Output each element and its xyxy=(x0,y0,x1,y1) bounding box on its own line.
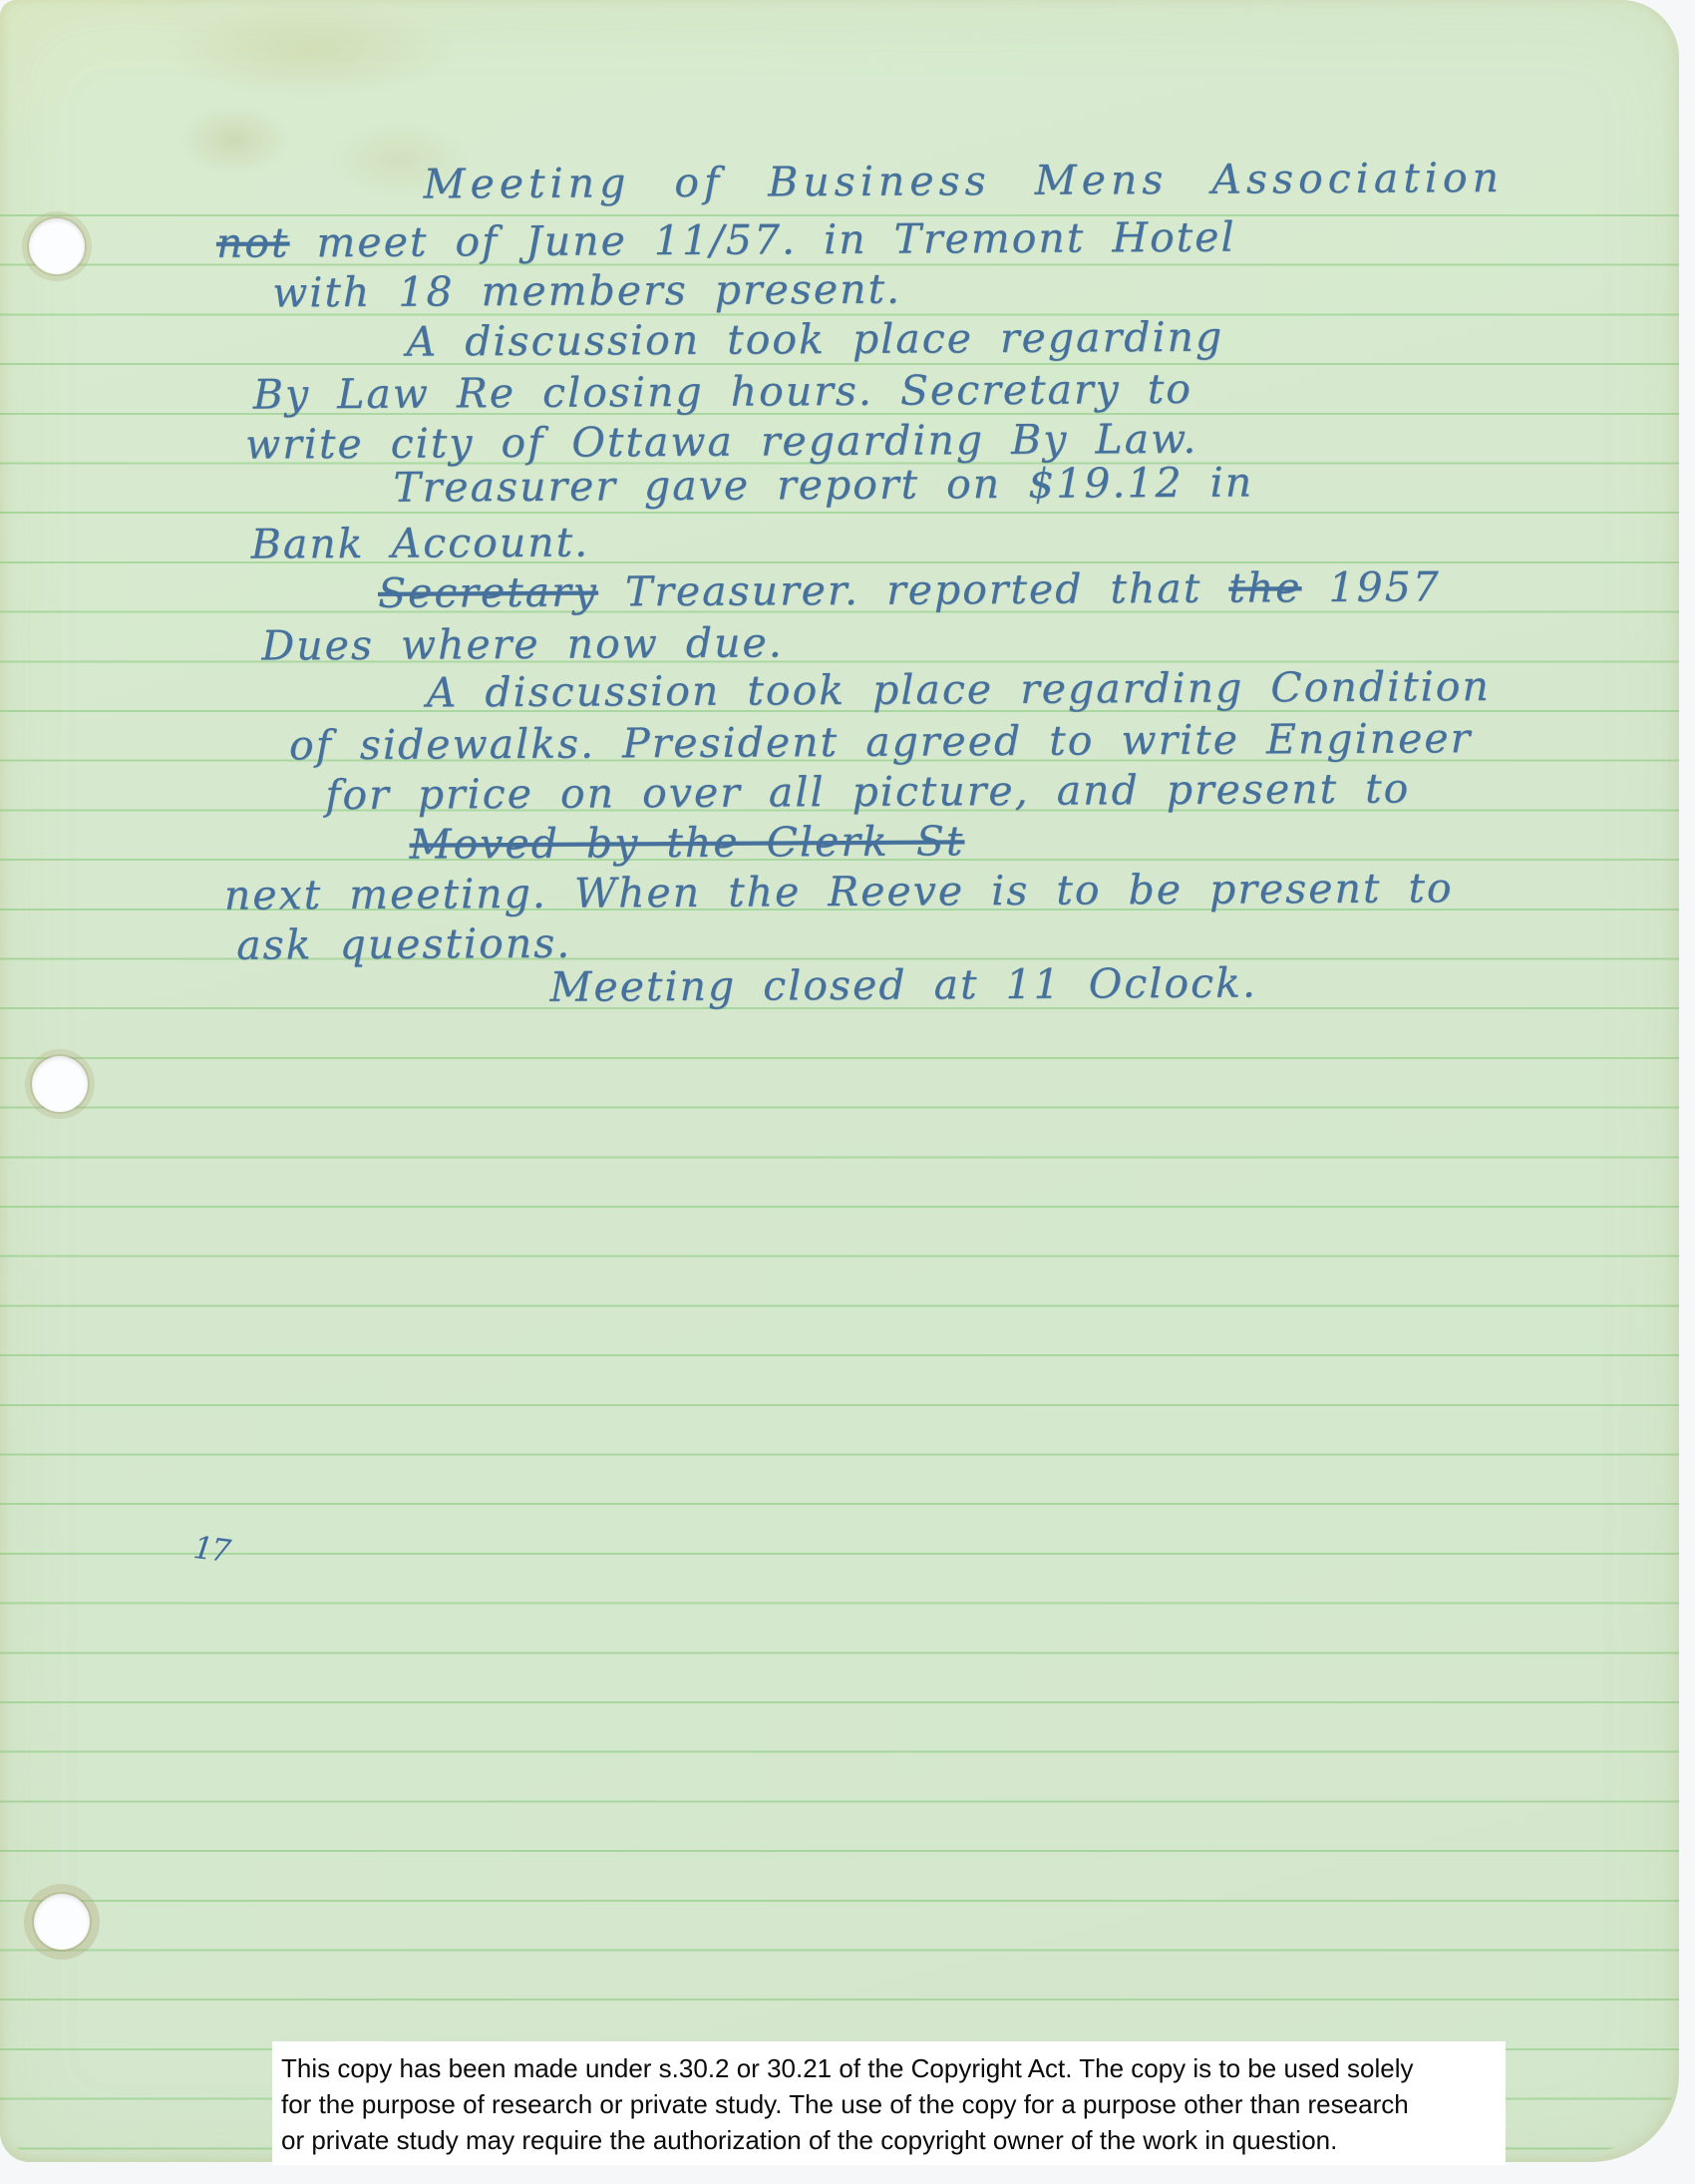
handwriting-line: A discussion took place regarding Condit… xyxy=(426,662,1490,717)
handwriting-text: of sidewalks. President agreed to write … xyxy=(289,714,1473,769)
handwriting-text: A discussion took place regarding xyxy=(406,313,1223,366)
handwriting-line: Meeting of Business Mens Association xyxy=(423,154,1504,208)
handwriting-text: Meeting closed at 11 Oclock. xyxy=(549,958,1257,1010)
struck-text: the xyxy=(1228,563,1301,611)
handwriting-line: Treasurer gave report on $19.12 in xyxy=(393,458,1253,511)
handwriting-line: Bank Account. xyxy=(251,519,590,568)
handwriting-line: for price on over all picture, and prese… xyxy=(325,764,1410,819)
handwriting-text: By Law Re closing hours. Secretary to xyxy=(253,365,1192,419)
handwriting-text: Treasurer gave report on $19.12 in xyxy=(393,458,1253,511)
handwriting-text: ask questions. xyxy=(236,919,571,969)
handwriting-line: with 18 members present. xyxy=(272,265,901,317)
handwriting-line: Meeting closed at 11 Oclock. xyxy=(549,958,1257,1010)
handwriting-text: Dues where now due. xyxy=(261,618,784,669)
handwriting-line: A discussion took place regarding xyxy=(406,313,1223,366)
handwriting-text: Meeting of Business Mens Association xyxy=(423,154,1504,208)
struck-text: not xyxy=(216,218,290,266)
page-number-mark: 17 xyxy=(191,1530,231,1570)
handwriting-text: 1957 xyxy=(1301,562,1441,611)
handwriting-line: Moved by the Clerk St xyxy=(409,817,964,868)
handwriting-text: for price on over all picture, and prese… xyxy=(325,764,1410,819)
handwriting-line: Dues where now due. xyxy=(261,618,784,669)
handwriting-text: meet of June 11/57. in Tremont Hotel xyxy=(289,213,1235,267)
handwriting-text: next meeting. When the Reeve is to be pr… xyxy=(224,864,1454,919)
struck-text: Secretary xyxy=(378,567,598,616)
struck-text: Moved by the Clerk St xyxy=(409,817,964,868)
notebook-page: Meeting of Business Mens Association not… xyxy=(0,0,1679,2162)
copyright-line: This copy has been made under s.30.2 or … xyxy=(281,2050,1506,2086)
handwriting-line: ask questions. xyxy=(236,919,571,969)
handwritten-minutes: Meeting of Business Mens Association not… xyxy=(0,0,1686,2167)
copyright-line: for the purpose of research or private s… xyxy=(281,2086,1506,2122)
handwriting-text: Treasurer. reported that xyxy=(598,564,1229,616)
handwriting-line: By Law Re closing hours. Secretary to xyxy=(253,365,1192,419)
handwriting-line: of sidewalks. President agreed to write … xyxy=(289,714,1473,769)
handwriting-line: not meet of June 11/57. in Tremont Hotel xyxy=(216,213,1236,267)
handwriting-text: with 18 members present. xyxy=(272,265,901,317)
handwriting-line: Secretary Treasurer. reported that the 1… xyxy=(378,562,1441,617)
copyright-line: or private study may require the authori… xyxy=(281,2122,1506,2158)
handwriting-text: Bank Account. xyxy=(251,519,590,568)
handwriting-text: A discussion took place regarding Condit… xyxy=(426,662,1490,717)
copyright-notice: This copy has been made under s.30.2 or … xyxy=(272,2041,1506,2165)
handwriting-line: next meeting. When the Reeve is to be pr… xyxy=(224,864,1454,919)
